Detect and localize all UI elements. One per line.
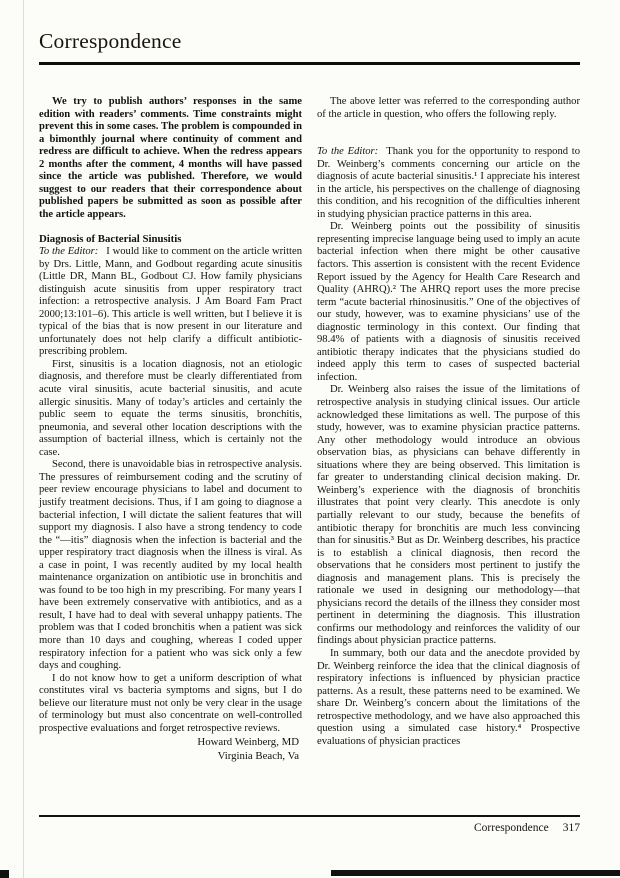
reply-paragraph: Dr. Weinberg points out the possibility … xyxy=(317,221,580,384)
reply-opening-paragraph: To the Editor:Thank you for the opportun… xyxy=(317,146,580,221)
footer-section-label: Correspondence xyxy=(474,822,549,834)
letter-paragraph: I do not know how to get a uniform descr… xyxy=(39,673,302,736)
referral-note: The above letter was referred to the cor… xyxy=(317,96,580,121)
scan-artifact-left-line xyxy=(23,0,24,878)
left-column: We try to publish authors’ responses in … xyxy=(39,96,302,763)
signature-name: Howard Weinberg, MD xyxy=(39,736,299,750)
reply-paragraph-text: Thank you for the opportunity to respond… xyxy=(317,146,580,220)
letter-heading: Diagnosis of Bacterial Sinusitis xyxy=(39,233,302,246)
page-title: Correspondence xyxy=(39,28,580,54)
letter-paragraph: Second, there is unavoidable bias in ret… xyxy=(39,459,302,672)
letter-salutation: To the Editor: xyxy=(39,246,106,257)
page-content: Correspondence We try to publish authors… xyxy=(39,28,580,763)
signature-block: Howard Weinberg, MD Virginia Beach, Va xyxy=(39,736,302,763)
footer-rule xyxy=(39,815,580,817)
editor-note: We try to publish authors’ responses in … xyxy=(39,96,302,221)
signature-location: Virginia Beach, Va xyxy=(39,750,299,764)
two-column-layout: We try to publish authors’ responses in … xyxy=(39,96,580,763)
letter-paragraph: First, sinusitis is a location diagnosis… xyxy=(39,359,302,459)
title-rule xyxy=(39,62,580,65)
scan-artifact-bottom-right xyxy=(331,870,620,876)
page-footer: Correspondence317 xyxy=(474,822,580,834)
right-column: The above letter was referred to the cor… xyxy=(317,96,580,763)
journal-page: Correspondence We try to publish authors… xyxy=(0,0,620,878)
footer-page-number: 317 xyxy=(563,822,580,834)
letter-opening-paragraph: To the Editor:I would like to comment on… xyxy=(39,246,302,359)
letter-paragraph-text: I would like to comment on the article w… xyxy=(39,246,302,357)
reply-salutation: To the Editor: xyxy=(317,146,386,157)
scan-artifact-bottom-left xyxy=(0,870,9,878)
reply-paragraph: In summary, both our data and the anecdo… xyxy=(317,648,580,748)
reply-paragraph: Dr. Weinberg also raises the issue of th… xyxy=(317,384,580,647)
